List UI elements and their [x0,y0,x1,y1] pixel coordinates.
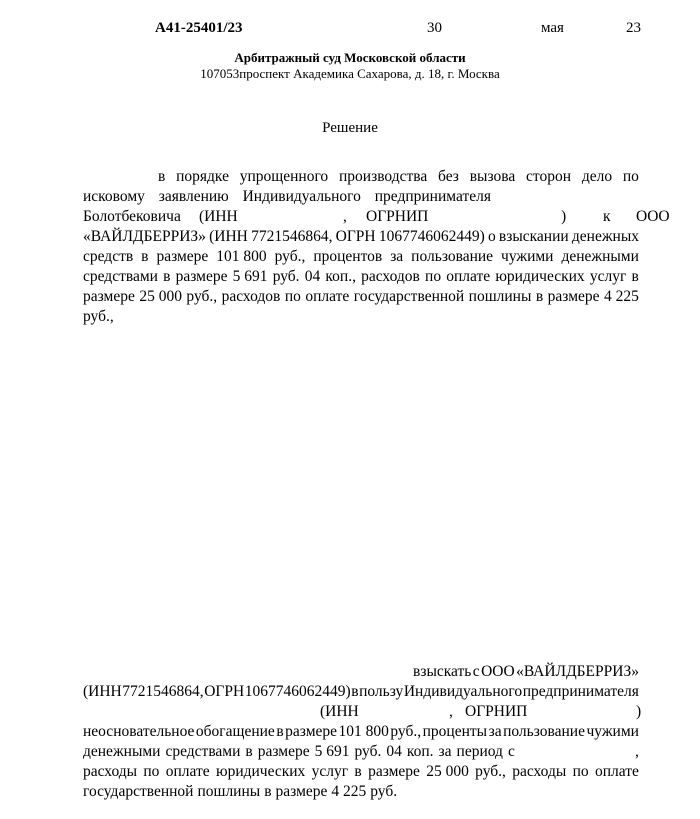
word: размере [276,782,328,802]
word: 5 691 [233,267,268,287]
word: расходы [512,762,566,782]
word: коп. [407,742,434,762]
word: размере [156,247,208,267]
text-line: Болотбековича(ИНН,ОГРНИП)кООО [83,207,639,227]
word: услуг [590,267,626,287]
word: в [351,682,358,702]
word: расходы [83,762,137,782]
text-line: руб., [83,307,639,327]
court-name: Арбитражный суд Московской области [0,50,700,66]
word: производства [339,167,427,187]
word: 101 800 [216,247,266,267]
word: за [489,722,502,742]
word: исковому [83,187,145,207]
word: размере [368,762,420,782]
word: руб. [273,267,300,287]
word: обогащение [196,722,275,742]
word: заявлению [159,187,229,207]
word: 1067746062449) [379,227,485,247]
word: в [354,762,361,782]
text-line: (ИНН,ОГРНИП) [83,702,639,722]
word: с [508,742,515,762]
word: размере [548,287,600,307]
document-title: Решение [0,120,700,137]
word: , [635,742,639,762]
word: чужими [501,247,553,267]
word: за [439,742,452,762]
word: оплате [446,267,490,287]
word: процентов [313,247,382,267]
word: коп., [325,267,356,287]
word: дело [582,167,612,187]
word: Индивидуального [404,682,522,702]
word: ОГРН [336,227,376,247]
word: по [573,762,589,782]
word: размере [83,287,135,307]
word: (ИНН [83,682,122,702]
court-address: 107053проспект Академика Сахарова, д. 18… [0,66,700,82]
word: ) [636,702,641,722]
word: руб. [354,742,381,762]
word: в [158,167,165,187]
word: 4 225 [331,782,366,802]
word: руб., [83,307,114,327]
decision-day: 30 [427,20,442,37]
word: размере [285,722,337,742]
word: вызова [470,167,516,187]
text-line: «ВАЙЛДБЕРРИЗ»(ИНН7721546864,ОГРН10677460… [83,227,639,247]
word: 25 000 [139,287,182,307]
word: без [438,167,459,187]
word: юридических [495,267,584,287]
word: размере [258,742,310,762]
word: Индивидуального [243,187,361,207]
word: руб., [275,247,306,267]
word: в [276,722,283,742]
word: о [488,227,496,247]
word: пользование [411,247,493,267]
word: к [603,207,611,227]
word: «ВАЙЛДБЕРРИЗ» [516,662,639,682]
word: юридических [216,762,305,782]
word: пошлины [469,287,532,307]
word: в [163,267,170,287]
text-line: средствамивразмере5 691руб.04коп.,расход… [83,267,639,287]
text-line: государственнойпошлинывразмере4 225руб. [83,782,639,802]
word: оплате [305,287,349,307]
word: , [343,207,347,227]
word: предпринимателя [375,187,491,207]
word: в [536,287,543,307]
word: взыскании [499,227,569,247]
decision-year: 23 [626,20,641,37]
word: с [473,662,480,682]
word: сторон [526,167,571,187]
word: государственной [83,782,193,802]
word: 7721546864, [251,227,332,247]
word: , [449,702,453,722]
word: 04 [386,742,402,762]
word: (ИНН [320,702,359,722]
case-number: А41-25401/23 [155,20,243,37]
word: ОГРНИП [465,702,527,722]
word: расходов [361,267,420,287]
word: руб., [186,287,217,307]
word: расходов [222,287,281,307]
text-line: средстввразмере101 800руб.,процентовзапо… [83,247,639,267]
word: по [623,167,639,187]
word: руб. [370,782,397,802]
text-line: взыскатьсООО«ВАЙЛДБЕРРИЗ» [413,662,639,682]
word: в [632,267,639,287]
text-line: размере25 000руб.,расходовпооплатегосуда… [83,287,639,307]
word: по [425,267,441,287]
word: ООО [636,207,670,227]
word: «ВАЙЛДБЕРРИЗ» [83,227,206,247]
word: руб., [390,722,421,742]
word: (ИНН [209,227,248,247]
text-line: расходыпооплатеюридическихуслугвразмере2… [83,762,639,782]
word: Болотбековича [83,207,181,227]
word: услуг [312,762,348,782]
word: по [285,287,301,307]
word: ОГРН [204,682,244,702]
decision-month: мая [541,20,564,37]
word: (ИНН [199,207,238,227]
text-line: (ИНН7721546864,ОГРН1067746062449)впользу… [83,682,639,702]
word: 25 000 [426,762,469,782]
word: 4 225 [604,287,639,307]
word: порядке [176,167,229,187]
text-line: неосновательноеобогащениевразмере101 800… [83,722,639,742]
word: ООО [481,662,515,682]
word: 1067746062449) [245,682,351,702]
word: 04 [305,267,321,287]
word: пользование [503,722,585,742]
word: средствами [165,742,240,762]
word: денежных [572,227,639,247]
word: средствами [83,267,158,287]
word: 5 691 [315,742,350,762]
word: государственной [354,287,464,307]
word: денежными [561,247,638,267]
word: оплате [166,762,210,782]
text-line: денежнымисредствамивразмере5 691руб.04ко… [83,742,639,762]
word: взыскать [413,662,471,682]
word: в [264,782,271,802]
text-line: впорядкеупрощенногопроизводствабезвызова… [158,167,639,187]
word: руб., [475,762,506,782]
word: ) [561,207,566,227]
word: оплате [595,762,639,782]
word: упрощенного [240,167,328,187]
word: денежными [83,742,160,762]
word: по [143,762,159,782]
word: пошлины [197,782,260,802]
word: 7721546864, [122,682,203,702]
word: проценты [423,722,487,742]
word: чужими [586,722,638,742]
word: ОГРНИП [366,207,428,227]
word: пользу [359,682,403,702]
word: размере [176,267,228,287]
word: период [457,742,503,762]
word: в [141,247,148,267]
word: неосновательное [83,722,194,742]
word: в [245,742,252,762]
word: за [390,247,403,267]
text-line: исковомузаявлениюИндивидуальногопредприн… [83,187,491,207]
word: средств [83,247,133,267]
word: предпринимателя [523,682,639,702]
word: 101 800 [339,722,389,742]
